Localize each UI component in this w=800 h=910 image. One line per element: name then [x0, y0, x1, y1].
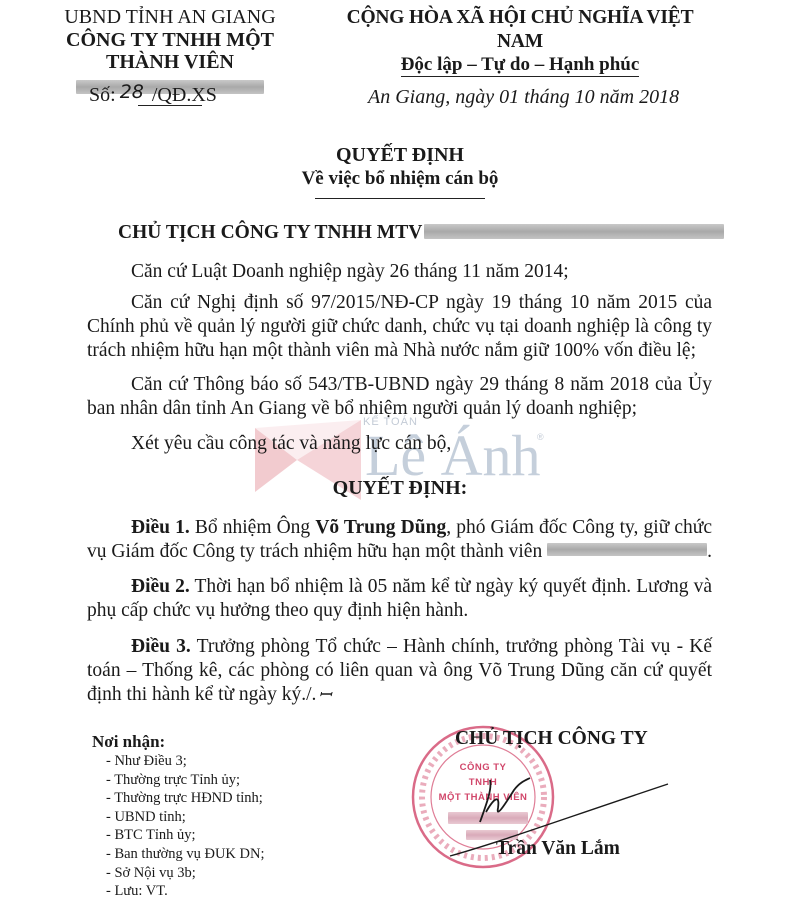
redacted-company-name: [424, 224, 724, 239]
handwritten-signature-icon: [440, 760, 670, 860]
recipient-item: - Thường trực HĐND tỉnh;: [106, 789, 265, 808]
handwritten-number: 28: [120, 81, 144, 103]
preamble-item: Căn cứ Luật Doanh nghiệp ngày 26 tháng 1…: [87, 260, 712, 284]
document-title: QUYẾT ĐỊNH Về việc bổ nhiệm cán bộ: [0, 143, 800, 199]
issuer-text: CHỦ TỊCH CÔNG TY TNHH MTV: [118, 222, 422, 243]
article-3: Điều 3. Trưởng phòng Tổ chức – Hành chín…: [87, 635, 712, 707]
preamble-item: Căn cứ Thông báo số 543/TB-UBND ngày 29 …: [87, 373, 712, 421]
recipients-block: Nơi nhận: - Như Điều 3; - Thường trực Tỉ…: [92, 732, 265, 901]
title-subject: Về việc bổ nhiệm cán bộ: [0, 167, 800, 191]
divider: [315, 198, 485, 199]
recipients-list: - Như Điều 3; - Thường trực Tỉnh ủy; - T…: [106, 752, 265, 901]
recipient-item: - Như Điều 3;: [106, 752, 265, 771]
redacted-company-name: [547, 543, 707, 556]
signer-title: CHỦ TỊCH CÔNG TY: [455, 728, 648, 750]
recipient-item: - Thường trực Tỉnh ủy;: [106, 771, 265, 790]
national-header: CỘNG HÒA XÃ HỘI CHỦ NGHĨA VIỆT NAM Độc l…: [330, 6, 710, 77]
agency-line: UBND TỈNH AN GIANG: [30, 6, 310, 29]
preamble-item: Căn cứ Nghị định số 97/2015/NĐ-CP ngày 1…: [87, 291, 712, 363]
title-main: QUYẾT ĐỊNH: [0, 143, 800, 167]
article-label: Điều 3.: [131, 636, 191, 657]
preamble-item: Xét yêu cầu công tác và năng lực cán bộ,: [87, 432, 712, 456]
appointee-name: Võ Trung Dũng: [315, 517, 446, 538]
number-suffix: /QĐ.XS: [152, 84, 217, 106]
number-prefix: Số:: [89, 84, 116, 106]
recipient-item: - Ban thường vụ ĐUK DN;: [106, 845, 265, 864]
article-1: Điều 1. Bổ nhiệm Ông Võ Trung Dũng, phó …: [87, 516, 712, 564]
article-2: Điều 2. Thời hạn bổ nhiệm là 05 năm kể t…: [87, 575, 712, 623]
company-line: CÔNG TY TNHH MỘT THÀNH VIÊN: [30, 29, 310, 73]
issuer-line: CHỦ TỊCH CÔNG TY TNHH MTV: [118, 222, 724, 244]
document-number: Số:28/QĐ.XS: [89, 84, 217, 107]
recipient-item: - Sở Nội vụ 3b;: [106, 864, 265, 883]
recipients-heading: Nơi nhận:: [92, 732, 265, 752]
document-date: An Giang, ngày 01 tháng 10 năm 2018: [368, 86, 679, 109]
article-label: Điều 1.: [131, 517, 190, 538]
decision-heading: QUYẾT ĐỊNH:: [0, 477, 800, 500]
initials-mark: ꟷ: [318, 685, 331, 704]
recipient-item: - Lưu: VT.: [106, 882, 265, 901]
recipient-item: - BTC Tỉnh ủy;: [106, 826, 265, 845]
national-motto: Độc lập – Tự do – Hạnh phúc: [401, 54, 640, 77]
article-label: Điều 2.: [131, 576, 190, 597]
national-title: CỘNG HÒA XÃ HỘI CHỦ NGHĨA VIỆT NAM: [330, 6, 710, 54]
recipient-item: - UBND tỉnh;: [106, 808, 265, 827]
